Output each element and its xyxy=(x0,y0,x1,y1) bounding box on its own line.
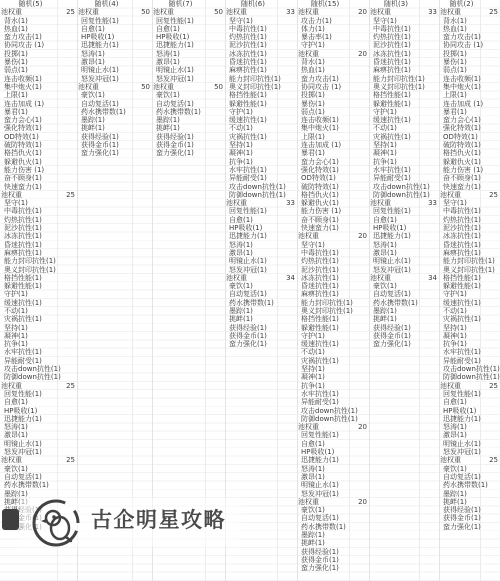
pool-weight-row[interactable]: 池权重25 xyxy=(439,191,500,199)
table-column-6: 随机(3)池权重33坚守(1)中毒抗性(1)灼热抗性(1)泥沙抗性(1)冰冻抗性… xyxy=(369,0,440,581)
pool-item-cell[interactable]: 挑衅(1) xyxy=(297,539,369,547)
pool-item-cell[interactable]: 背水(1) xyxy=(0,17,77,25)
pool-item-cell[interactable]: 泥沙抗性(1) xyxy=(297,266,369,274)
pool-item-cell[interactable]: 暴伤(1) xyxy=(297,100,369,108)
pool-item-cell[interactable]: 防御down抗性(1) xyxy=(369,191,439,199)
pool-item-cell[interactable]: 躲避性能(1) xyxy=(297,324,369,332)
pool-item-cell[interactable]: 强化特效(1) xyxy=(439,124,500,132)
pool-item-cell[interactable]: 守护(1) xyxy=(297,332,369,340)
pool-weight-row[interactable]: 池权重20 xyxy=(297,498,369,506)
pool-item-cell[interactable]: 异能耐受(1) xyxy=(439,357,500,365)
pool-item-cell[interactable]: 弱点(1) xyxy=(297,108,369,116)
pool-item-cell[interactable]: 中毒抗性(1) xyxy=(439,207,500,215)
pool-weight-label: 池权重 xyxy=(298,423,319,431)
pool-weight-value: 25 xyxy=(66,382,75,391)
pool-weight-value: 50 xyxy=(141,83,150,92)
pool-item-cell[interactable]: 灾祸抗性(1) xyxy=(369,133,439,141)
pool-weight-value: 33 xyxy=(286,199,295,208)
pool-item-cell[interactable]: 水牢抗性(1) xyxy=(439,348,500,356)
pool-item-cell[interactable]: 获得金币(1) xyxy=(439,514,500,522)
pool-item-cell[interactable]: 挑衅(1) xyxy=(225,315,297,323)
pool-item-cell[interactable]: 获得经验(1) xyxy=(225,324,297,332)
pool-item-cell[interactable]: 坚持(1) xyxy=(0,324,77,332)
pool-weight-label: 池权重 xyxy=(226,8,247,16)
pool-item-cell[interactable]: 蛮力强化(1) xyxy=(225,340,297,348)
pool-item-cell[interactable]: 药水携带数(1) xyxy=(77,108,152,116)
pool-item-cell[interactable]: 暴君(1) xyxy=(0,108,77,116)
pool-weight-value: 25 xyxy=(66,191,75,200)
pool-item-cell[interactable]: 泥沙抗性(1) xyxy=(369,41,439,49)
pool-item-cell[interactable]: 自愈(1) xyxy=(0,398,77,406)
pool-item-cell[interactable]: 冰冻抗性(1) xyxy=(297,274,369,282)
pool-item-cell[interactable]: 凝神(1) xyxy=(0,332,77,340)
pool-weight-label: 池权重 xyxy=(298,498,319,506)
pool-item-cell[interactable]: 自愈(1) xyxy=(369,216,439,224)
pool-item-cell[interactable]: 弱点(1) xyxy=(0,66,77,74)
pool-item-cell[interactable]: 弱点(1) xyxy=(439,66,500,74)
pool-weight-row[interactable]: 池权重34 xyxy=(225,274,297,282)
pool-item-cell[interactable]: 豪饮(1) xyxy=(77,91,152,99)
pool-item-cell[interactable]: 获得经验(1) xyxy=(369,324,439,332)
pool-item-cell[interactable]: OD特效(1) xyxy=(439,133,500,141)
pool-item-cell[interactable]: 上限(1) xyxy=(0,91,77,99)
pool-weight-row[interactable]: 池权重33 xyxy=(225,8,297,16)
pool-item-cell[interactable]: 激昂(1) xyxy=(439,431,500,439)
pool-item-cell[interactable]: 蛮力强化(1) xyxy=(369,340,439,348)
pool-item-cell[interactable]: 冰冻抗性(1) xyxy=(369,50,439,58)
pool-item-cell[interactable]: 坚守(1) xyxy=(297,241,369,249)
pool-item-cell[interactable]: 不动(1) xyxy=(297,348,369,356)
pool-item-cell[interactable]: 中毒抗性(1) xyxy=(0,207,77,215)
pool-item-cell[interactable]: 热血(1) xyxy=(439,25,500,33)
pool-weight-row[interactable]: 池权重25 xyxy=(439,8,500,16)
pool-item-cell[interactable]: 攻击down抗性(1) xyxy=(225,183,297,191)
pool-item-cell[interactable]: 缓速抗性(1) xyxy=(0,299,77,307)
pool-item-cell[interactable]: 迅捷能力(1) xyxy=(0,415,77,423)
pool-item-cell[interactable]: 缓速抗性(1) xyxy=(439,299,500,307)
pool-item-cell[interactable]: 怒发冲冠(1) xyxy=(77,75,152,83)
pool-item-cell[interactable]: 异能耐受(1) xyxy=(369,174,439,182)
pool-item-cell[interactable]: 能力伤害 (1) xyxy=(439,166,500,174)
pool-item-cell[interactable]: 灼热抗性(1) xyxy=(297,257,369,265)
pool-item-cell[interactable]: 协同攻击 (1) xyxy=(0,41,77,49)
pool-item-cell[interactable]: 挑衅(1) xyxy=(152,124,225,132)
pool-item-cell[interactable]: 奥义封印抗性(1) xyxy=(439,266,500,274)
pool-item-cell[interactable]: 明镜止水(1) xyxy=(152,66,225,74)
pool-item-cell[interactable]: 怒涛(1) xyxy=(297,465,369,473)
pool-weight-row[interactable]: 池权重50 xyxy=(77,8,152,16)
pool-item-cell[interactable]: 明镜止水(1) xyxy=(297,481,369,489)
pool-item-cell[interactable]: 豪饮(1) xyxy=(0,465,77,473)
pool-item-cell[interactable]: 凝神(1) xyxy=(297,373,369,381)
pool-item-cell[interactable]: 灾祸抗性(1) xyxy=(439,315,500,323)
pool-item-cell[interactable]: 快速蛮力(1) xyxy=(0,183,77,191)
pool-item-cell[interactable]: 守护(1) xyxy=(297,41,369,49)
pool-weight-label: 池权重 xyxy=(226,199,247,207)
pool-item-cell[interactable]: 奋不顾身(1) xyxy=(439,174,500,182)
pool-item-cell[interactable]: 蛮力强化(1) xyxy=(152,149,225,157)
pool-item-cell[interactable]: 自动复活(1) xyxy=(439,473,500,481)
pool-item-cell[interactable]: 不动(1) xyxy=(369,124,439,132)
pool-item-cell[interactable]: 怒发冲冠(1) xyxy=(297,490,369,498)
pool-item-cell[interactable]: 获得金币(1) xyxy=(225,332,297,340)
pool-item-cell[interactable]: 怒发冲冠(1) xyxy=(369,266,439,274)
pool-weight-label: 池权重 xyxy=(440,191,461,199)
pool-item-cell[interactable]: 能力封印抗性(1) xyxy=(0,257,77,265)
pool-item-cell[interactable]: 格挡性能(1) xyxy=(0,274,77,282)
pool-weight-value: 33 xyxy=(286,8,295,17)
pool-weight-label: 池权重 xyxy=(153,83,174,91)
pool-weight-label: 池权重 xyxy=(1,191,22,199)
pool-weight-value: 33 xyxy=(428,199,437,208)
pool-item-cell[interactable]: 集中炮火(1) xyxy=(297,124,369,132)
pool-weight-value: 20 xyxy=(358,232,367,241)
pool-item-cell[interactable]: 挑衅(1) xyxy=(439,498,500,506)
pool-weight-value: 34 xyxy=(286,274,295,283)
pool-item-cell[interactable]: 奥义封印抗性(1) xyxy=(0,266,77,274)
pool-weight-label: 池权重 xyxy=(78,83,99,91)
pool-item-cell[interactable]: 暴君(1) xyxy=(439,108,500,116)
pool-item-cell[interactable]: 不动(1) xyxy=(225,124,297,132)
pool-weight-value: 20 xyxy=(358,423,367,432)
pool-item-cell[interactable]: 连击收频(1) xyxy=(439,75,500,83)
pool-item-cell[interactable]: 蛮力攻击(1) xyxy=(297,75,369,83)
pool-weight-row[interactable]: 池权重25 xyxy=(0,456,77,464)
pool-item-cell[interactable]: 坚守(1) xyxy=(225,17,297,25)
pool-item-cell[interactable]: 格挡性能(1) xyxy=(297,315,369,323)
pool-item-cell[interactable]: 怒发冲冠(1) xyxy=(152,75,225,83)
pool-item-cell[interactable]: 能力伤害 (1) xyxy=(297,207,369,215)
pool-weight-row[interactable]: 池权重33 xyxy=(369,8,439,16)
pool-item-cell[interactable]: 凝神(1) xyxy=(369,149,439,157)
pool-item-cell[interactable]: 奋不顾身(1) xyxy=(0,174,77,182)
pool-item-cell[interactable]: 防御down抗性(1) xyxy=(439,373,500,381)
pool-weight-value: 20 xyxy=(358,498,367,507)
pool-item-cell[interactable]: 中毒抗性(1) xyxy=(369,25,439,33)
pool-weight-label: 池权重 xyxy=(440,382,461,390)
pool-weight-label: 池权重 xyxy=(1,382,22,390)
pool-item-cell[interactable]: 自愈(1) xyxy=(225,216,297,224)
pool-item-cell[interactable]: 躲避仇火(1) xyxy=(439,158,500,166)
pool-item-cell[interactable]: 强化特效(1) xyxy=(0,124,77,132)
pool-item-cell[interactable]: 体力(1) xyxy=(297,25,369,33)
pool-item-cell[interactable]: 凝神(1) xyxy=(439,332,500,340)
pool-weight-row[interactable]: 池权重25 xyxy=(439,456,500,464)
pool-item-cell[interactable]: 奋不顾身(1) xyxy=(297,216,369,224)
pool-weight-row[interactable]: 池权重34 xyxy=(369,274,439,282)
pool-item-cell[interactable]: 冰冻抗性(1) xyxy=(439,232,500,240)
pool-item-cell[interactable]: 破防特效(1) xyxy=(297,183,369,191)
pool-item-cell[interactable]: 自动复活(1) xyxy=(152,100,225,108)
pool-item-cell[interactable]: 抗争(1) xyxy=(369,158,439,166)
pool-item-cell[interactable]: 自愈(1) xyxy=(77,25,152,33)
pool-item-cell[interactable]: 躲避性能(1) xyxy=(369,100,439,108)
pool-item-cell[interactable]: 获得金币(1) xyxy=(297,556,369,564)
pool-item-cell[interactable]: 热血(1) xyxy=(297,66,369,74)
pool-item-cell[interactable]: 明镜止水(1) xyxy=(77,66,152,74)
penguin-circle-icon xyxy=(30,497,82,549)
pool-weight-value: 20 xyxy=(358,50,367,59)
pool-item-cell[interactable]: 坚持(1) xyxy=(439,324,500,332)
pool-item-cell[interactable]: 迅捷能力(1) xyxy=(77,41,152,49)
pool-weight-label: 池权重 xyxy=(78,8,99,16)
pool-item-cell[interactable]: 防御down抗性(1) xyxy=(297,415,369,423)
pool-item-cell[interactable]: 麻痹抗性(1) xyxy=(297,290,369,298)
pool-item-cell[interactable]: 昏迷抗性(1) xyxy=(0,241,77,249)
pool-item-cell[interactable]: 背水(1) xyxy=(439,17,500,25)
pool-item-cell[interactable]: 获得金币(1) xyxy=(369,332,439,340)
pool-weight-label: 池权重 xyxy=(298,8,319,16)
pool-item-cell[interactable]: 防御down抗性(1) xyxy=(225,191,297,199)
pool-item-cell[interactable]: 格挡仇火(1) xyxy=(297,191,369,199)
pool-weight-row[interactable]: 池权重20 xyxy=(297,50,369,58)
pool-weight-value: 20 xyxy=(358,8,367,17)
pool-item-cell[interactable]: 投掷(1) xyxy=(0,50,77,58)
pool-item-cell[interactable]: 激昂(1) xyxy=(297,473,369,481)
pool-item-cell[interactable]: 豪饮(1) xyxy=(439,465,500,473)
pool-weight-value: 25 xyxy=(66,456,75,465)
pool-item-cell[interactable]: 获得经验(1) xyxy=(152,133,225,141)
pool-weight-value: 50 xyxy=(214,8,223,17)
pool-item-cell[interactable]: 迅捷能力(1) xyxy=(225,232,297,240)
pool-item-cell[interactable]: 药水携带数(1) xyxy=(297,523,369,531)
pool-item-cell[interactable]: 麻痹抗性(1) xyxy=(439,249,500,257)
watermark: 古企明星攻略 xyxy=(0,490,260,560)
pool-weight-label: 池权重 xyxy=(440,8,461,16)
pool-item-cell[interactable]: 守护(1) xyxy=(369,108,439,116)
pool-item-cell[interactable]: 昏迷抗性(1) xyxy=(439,241,500,249)
pool-item-cell[interactable]: 怒涛(1) xyxy=(77,50,152,58)
pool-item-cell[interactable]: 回复性能(1) xyxy=(297,431,369,439)
pool-item-cell[interactable]: 能力封印抗性(1) xyxy=(439,257,500,265)
pool-item-cell[interactable]: 回复性能(1) xyxy=(0,390,77,398)
pool-weight-label: 池权重 xyxy=(440,456,461,464)
pool-item-cell[interactable]: 能力封印抗性(1) xyxy=(225,75,297,83)
pool-item-cell[interactable]: 连击加成 (1) xyxy=(0,100,77,108)
pool-item-cell[interactable]: 蛮力强化(1) xyxy=(297,564,369,572)
pool-weight-row[interactable]: 池权重20 xyxy=(297,8,369,16)
pool-item-cell[interactable]: 水牢抗性(1) xyxy=(225,166,297,174)
pool-item-cell[interactable]: 冰冻抗性(1) xyxy=(225,50,297,58)
pool-item-cell[interactable]: 格挡仇火(1) xyxy=(439,149,500,157)
pool-item-cell[interactable]: 躲避仇火(1) xyxy=(0,158,77,166)
pool-item-cell[interactable]: 回复性能(1) xyxy=(225,207,297,215)
pool-item-cell[interactable]: OD特效(1) xyxy=(0,133,77,141)
pool-item-cell[interactable]: 怒发冲冠(1) xyxy=(225,266,297,274)
pool-item-cell[interactable]: 挑衅(1) xyxy=(77,124,152,132)
pool-weight-value: 25 xyxy=(489,191,498,200)
pool-item-cell[interactable]: 药水携带数(1) xyxy=(225,299,297,307)
pool-item-cell[interactable]: 激昂(1) xyxy=(225,249,297,257)
pool-item-cell[interactable]: 回复性能(1) xyxy=(369,207,439,215)
pool-weight-value: 25 xyxy=(489,8,498,17)
pool-weight-value: 25 xyxy=(66,8,75,17)
pool-item-cell[interactable]: 水牢抗性(1) xyxy=(297,390,369,398)
pool-item-cell[interactable]: 明镜止水(1) xyxy=(369,257,439,265)
pool-item-cell[interactable]: 守护(1) xyxy=(439,290,500,298)
pool-weight-value: 25 xyxy=(489,382,498,391)
pool-item-cell[interactable]: 蛮力强化(1) xyxy=(439,523,500,531)
pool-item-cell[interactable]: 水牢抗性(1) xyxy=(0,348,77,356)
pool-weight-value: 50 xyxy=(141,8,150,17)
pool-item-cell[interactable]: 能力封印抗性(1) xyxy=(297,299,369,307)
pool-weight-label: 池权重 xyxy=(226,274,247,282)
pool-item-cell[interactable]: 药水携带数(1) xyxy=(439,481,500,489)
pool-weight-label: 池权重 xyxy=(370,8,391,16)
pool-item-cell[interactable]: 麻痹抗性(1) xyxy=(225,66,297,74)
pool-item-cell[interactable]: HP吸收(1) xyxy=(439,407,500,415)
pool-item-cell[interactable]: 蛮力会心(1) xyxy=(297,158,369,166)
pool-weight-label: 池权重 xyxy=(370,274,391,282)
pool-item-cell[interactable]: 格挡仇火(1) xyxy=(0,149,77,157)
pool-item-cell[interactable]: 攻击力(1) xyxy=(297,17,369,25)
watermark-text: 古企明星攻略 xyxy=(91,504,226,534)
pool-weight-label: 池权重 xyxy=(370,199,391,207)
pool-weight-label: 池权重 xyxy=(298,232,319,240)
pool-item-cell[interactable]: 怒涛(1) xyxy=(369,241,439,249)
pool-item-cell[interactable]: 挑衅(1) xyxy=(369,315,439,323)
dark-square-mark xyxy=(2,509,19,530)
pool-item-cell[interactable]: 守护(1) xyxy=(225,108,297,116)
pool-item-cell[interactable]: 上限(1) xyxy=(439,91,500,99)
pool-weight-label: 池权重 xyxy=(1,456,22,464)
pool-item-cell[interactable]: 投掷(1) xyxy=(439,50,500,58)
pool-item-cell[interactable]: 异能耐受(1) xyxy=(225,174,297,182)
pool-item-cell[interactable]: 获得经验(1) xyxy=(297,548,369,556)
pool-item-cell[interactable]: 异能耐受(1) xyxy=(297,398,369,406)
table-column-7: 随机(2)池权重25背水(1)热血(1)蛮力攻击(1)协同攻击 (1)投掷(1)… xyxy=(439,0,500,581)
pool-item-cell[interactable]: HP吸收(1) xyxy=(0,407,77,415)
pool-weight-value: 25 xyxy=(489,456,498,465)
pool-item-cell[interactable]: 自动复活(1) xyxy=(0,473,77,481)
pool-item-cell[interactable]: 格挡性能(1) xyxy=(439,274,500,282)
pool-item-cell[interactable]: 抗争(1) xyxy=(297,382,369,390)
pool-item-cell[interactable]: 明镜止水(1) xyxy=(225,257,297,265)
pool-weight-row[interactable]: 池权重25 xyxy=(0,382,77,390)
pool-item-cell[interactable]: 回复性能(1) xyxy=(77,17,152,25)
pool-item-cell[interactable]: OD特效(1) xyxy=(297,174,369,182)
pool-item-cell[interactable]: 自动复活(1) xyxy=(77,100,152,108)
pool-item-cell[interactable]: 自愈(1) xyxy=(297,440,369,448)
pool-item-cell[interactable]: 回复性能(1) xyxy=(152,17,225,25)
pool-item-cell[interactable]: 坚守(1) xyxy=(369,17,439,25)
pool-item-cell[interactable]: 强化特效(1) xyxy=(297,166,369,174)
pool-item-cell[interactable]: 蛮力强化(1) xyxy=(77,149,152,157)
pool-item-cell[interactable]: 冰冻抗性(1) xyxy=(0,232,77,240)
pool-item-cell[interactable]: 麻痹抗性(1) xyxy=(0,249,77,257)
pool-item-cell[interactable]: 格挡性能(1) xyxy=(369,91,439,99)
pool-item-cell[interactable]: 药水携带数(1) xyxy=(152,108,225,116)
pool-item-cell[interactable]: 守护(1) xyxy=(0,290,77,298)
pool-item-cell[interactable]: 自愈(1) xyxy=(152,25,225,33)
pool-weight-label: 池权重 xyxy=(1,8,22,16)
pool-item-cell[interactable]: 药水携带数(1) xyxy=(0,481,77,489)
pool-item-cell[interactable]: 协同攻击 (1) xyxy=(439,41,500,49)
pool-item-cell[interactable]: 快速蛮力(1) xyxy=(439,183,500,191)
pool-item-cell[interactable]: 自动复活(1) xyxy=(225,290,297,298)
pool-item-cell[interactable]: 自动复活(1) xyxy=(369,290,439,298)
pool-item-cell[interactable]: 自愈(1) xyxy=(439,398,500,406)
pool-item-cell[interactable]: 怒涛(1) xyxy=(152,50,225,58)
pool-item-cell[interactable]: 攻击down抗性(1) xyxy=(369,183,439,191)
pool-item-cell[interactable]: 抗争(1) xyxy=(225,158,297,166)
pool-weight-label: 池权重 xyxy=(298,50,319,58)
pool-item-cell[interactable]: 连击加成 (1) xyxy=(439,100,500,108)
pool-item-cell[interactable]: 自动复活(1) xyxy=(297,514,369,522)
pool-weight-row[interactable]: 池权重25 xyxy=(0,8,77,16)
pool-item-cell[interactable]: 灾祸抗性(1) xyxy=(297,357,369,365)
pool-item-cell[interactable]: 明镜止水(1) xyxy=(0,440,77,448)
pool-item-cell[interactable]: 迅捷能力(1) xyxy=(439,415,500,423)
pool-item-cell[interactable]: 能力封印抗性(1) xyxy=(369,75,439,83)
pool-item-cell[interactable]: 攻击down抗性(1) xyxy=(297,407,369,415)
pool-item-cell[interactable]: 热血(1) xyxy=(0,25,77,33)
table-column-5: 随机(15)池权重20攻击力(1)体力(1)暴击率(1)守护(1)池权重20背水… xyxy=(297,0,370,581)
pool-item-cell[interactable]: 麻痹抗性(1) xyxy=(369,66,439,74)
pool-item-cell[interactable]: 灼热抗性(1) xyxy=(439,216,500,224)
pool-item-cell[interactable]: 凝神(1) xyxy=(225,149,297,157)
pool-weight-value: 33 xyxy=(428,8,437,17)
pool-item-cell[interactable]: 上限(1) xyxy=(297,133,369,141)
pool-weight-value: 34 xyxy=(428,274,437,283)
pool-item-cell[interactable]: 激昂(1) xyxy=(369,249,439,257)
pool-item-cell[interactable]: 迅捷能力(1) xyxy=(152,41,225,49)
pool-item-cell[interactable]: 回复性能(1) xyxy=(439,390,500,398)
pool-item-cell[interactable]: 墨踪(1) xyxy=(439,490,500,498)
pool-item-cell[interactable]: 投掷(1) xyxy=(297,91,369,99)
pool-item-cell[interactable]: 水牢抗性(1) xyxy=(369,166,439,174)
pool-item-cell[interactable]: 连击收频(1) xyxy=(0,75,77,83)
pool-item-cell[interactable]: 暴君(1) xyxy=(297,149,369,157)
pool-weight-value: 50 xyxy=(214,83,223,92)
pool-weight-row[interactable]: 池权重25 xyxy=(439,382,500,390)
pool-item-cell[interactable]: 豪饮(1) xyxy=(152,91,225,99)
pool-item-cell[interactable]: 怒涛(1) xyxy=(225,241,297,249)
pool-item-cell[interactable]: 中毒抗性(1) xyxy=(297,249,369,257)
pool-weight-row[interactable]: 池权重20 xyxy=(297,232,369,240)
pool-weight-row[interactable]: 池权重25 xyxy=(0,191,77,199)
pool-item-cell[interactable]: 获得经验(1) xyxy=(77,133,152,141)
pool-item-cell[interactable]: 躲避性能(1) xyxy=(225,100,297,108)
pool-item-cell[interactable]: 灾祸抗性(1) xyxy=(225,133,297,141)
pool-item-cell[interactable]: 激昂(1) xyxy=(0,431,77,439)
pool-item-cell[interactable]: 格挡性能(1) xyxy=(225,91,297,99)
pool-item-cell[interactable]: 能力伤害 (1) xyxy=(0,166,77,174)
pool-item-cell[interactable]: 迅捷能力(1) xyxy=(369,232,439,240)
pool-item-cell[interactable]: 中毒抗性(1) xyxy=(225,25,297,33)
pool-item-cell[interactable]: 药水携带数(1) xyxy=(369,299,439,307)
pool-item-cell[interactable]: 异能耐受(1) xyxy=(0,357,77,365)
pool-item-cell[interactable]: 灾祸抗性(1) xyxy=(0,315,77,323)
pool-item-cell[interactable]: 迅捷能力(1) xyxy=(297,456,369,464)
pool-weight-label: 池权重 xyxy=(153,8,174,16)
pool-item-cell[interactable]: 防御down抗性(1) xyxy=(0,373,77,381)
pool-item-cell[interactable]: 明镜止水(1) xyxy=(439,440,500,448)
pool-item-cell[interactable]: 灼热抗性(1) xyxy=(0,216,77,224)
pool-weight-row[interactable]: 池权重50 xyxy=(152,8,225,16)
pool-item-cell[interactable]: 泥沙抗性(1) xyxy=(225,41,297,49)
